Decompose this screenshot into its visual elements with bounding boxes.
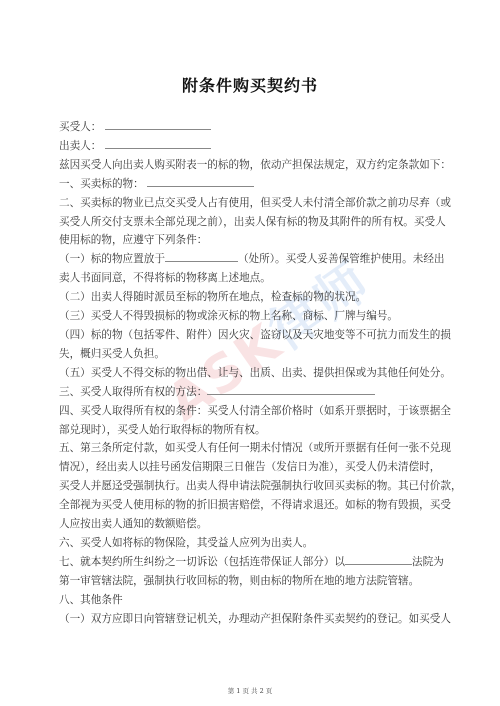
clause-5-line-1: 五、第三条所定付款，如买受人有任何一期未付情况（或所开票据有任何一张不兑现 [59, 439, 459, 458]
subject-blank [147, 175, 254, 187]
seller-line: 出卖人： [59, 137, 459, 156]
clause-2-line-3: 使用标的物，应遵守下列条件： [59, 231, 459, 250]
clause-5-line-3: 买受人并愿迳受强制执行。出卖人得申请法院强制执行收回买卖标的物。其已付价款， [59, 477, 459, 496]
item-5: （五）买受人不得交标的物出借、让与、出质、出卖、提供担保或为其他任何处分。 [59, 364, 459, 383]
document-title: 附条件购买契约书 [0, 73, 500, 96]
clause-3-label: 三、买受人取得所有权的方法： [59, 386, 207, 398]
clause-1-label: 一、买卖标的物： [59, 178, 144, 190]
document-page: ASK律师 附条件购买契约书 买受人： 出卖人： 兹因买受人向出卖人购买附表一的… [0, 0, 500, 706]
item-4-line-2: 失，概归买受人负担。 [59, 345, 459, 364]
item-3: （三）买受人不得毁损标的物或涂灭标的物上名称、商标、厂牌与编号。 [59, 307, 459, 326]
item-1-prefix: （一）标的物应置放于 [59, 253, 165, 265]
clause-7-suffix: 法院为 [412, 556, 444, 568]
clause-5-line-2: 情况），经出卖人以挂号函发信期限三日催告（发信日为准），买受人仍未清偿时， [59, 458, 459, 477]
court-blank [345, 553, 412, 565]
intro-paragraph: 兹因买受人向出卖人购买附表一的标的物，依动产担保法规定，双方约定条款如下： [59, 156, 459, 175]
document-body: 买受人： 出卖人： 兹因买受人向出卖人购买附表一的标的物，依动产担保法规定，双方… [59, 118, 459, 628]
seller-label: 出卖人： [59, 140, 101, 152]
clause-6: 六、买受人如将标的物保险，其受益人应列为出卖人。 [59, 534, 459, 553]
item-2: （二）出卖人得随时派员至标的物所在地点，检查标的物的状况。 [59, 288, 459, 307]
clause-2-line-2: 买受人所交付支票未全部兑现之前），出卖人保有标的物及其附件的所有权。买受人 [59, 213, 459, 232]
clause-8-item-1: （一）双方应即日向管辖登记机关，办理动产担保附条件买卖契约的登记。如买受人 [59, 610, 459, 629]
method-blank [207, 383, 375, 395]
item-4-line-1: （四）标的物（包括零件、附件）因火灾、盗窃以及天灾地变等不可抗力而发生的损 [59, 326, 459, 345]
buyer-blank [105, 118, 211, 130]
clause-8-label: 八、其他条件 [59, 591, 459, 610]
clause-5-line-5: 人应按出卖人通知的数额赔偿。 [59, 515, 459, 534]
seller-blank [105, 137, 211, 149]
item-1-cont: 卖人书面同意，不得将标的物移离上述地点。 [59, 269, 459, 288]
item-1: （一）标的物应置放于（处所）。买受人妥善保管维护使用。未经出 [59, 250, 459, 269]
clause-3: 三、买受人取得所有权的方法： [59, 383, 459, 402]
clause-7-prefix: 七、就本契约所生纠纷之一切诉讼（包括连带保证人部分）以 [59, 556, 345, 568]
clause-2-line-1: 二、买卖标的物业已点交买受人占有使用，但买受人未付清全部价款之前功尽弃（或 [59, 194, 459, 213]
item-1-suffix: （处所）。买受人妥善保管维护使用。未经出 [238, 253, 445, 265]
clause-4-line-1: 四、买受人取得所有权的条件：买受人付清全部价格时（如系开票据时，于该票据全 [59, 402, 459, 421]
place-blank [165, 250, 238, 262]
page-footer: 第 1 页 共 2 页 [0, 686, 500, 695]
clause-5-line-4: 全部视为买受人使用标的物的折旧损害赔偿，不得请求退还。如标的物有毁损，买受 [59, 496, 459, 515]
clause-4-line-2: 部兑现时），买受人始行取得标的物所有权。 [59, 421, 459, 440]
buyer-label: 买受人： [59, 121, 101, 133]
clause-7: 七、就本契约所生纠纷之一切诉讼（包括连带保证人部分）以法院为 [59, 553, 459, 572]
buyer-line: 买受人： [59, 118, 459, 137]
clause-1: 一、买卖标的物： [59, 175, 459, 194]
clause-7-cont: 第一审管辖法院，强制执行收回标的物，则由标的物所在地的地方法院管辖。 [59, 572, 459, 591]
